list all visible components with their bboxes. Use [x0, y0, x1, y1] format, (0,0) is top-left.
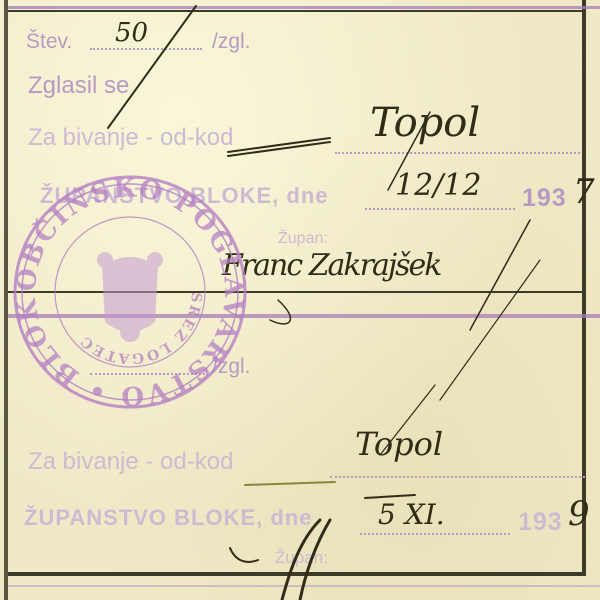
stamp-seal-icon: OBČINSKO POGLAVARSTVO • BLOKE SREZ LOGAT… — [10, 172, 250, 412]
coat-of-arms-icon — [97, 252, 163, 342]
municipal-stamp: OBČINSKO POGLAVARSTVO • BLOKE SREZ LOGAT… — [10, 172, 250, 412]
